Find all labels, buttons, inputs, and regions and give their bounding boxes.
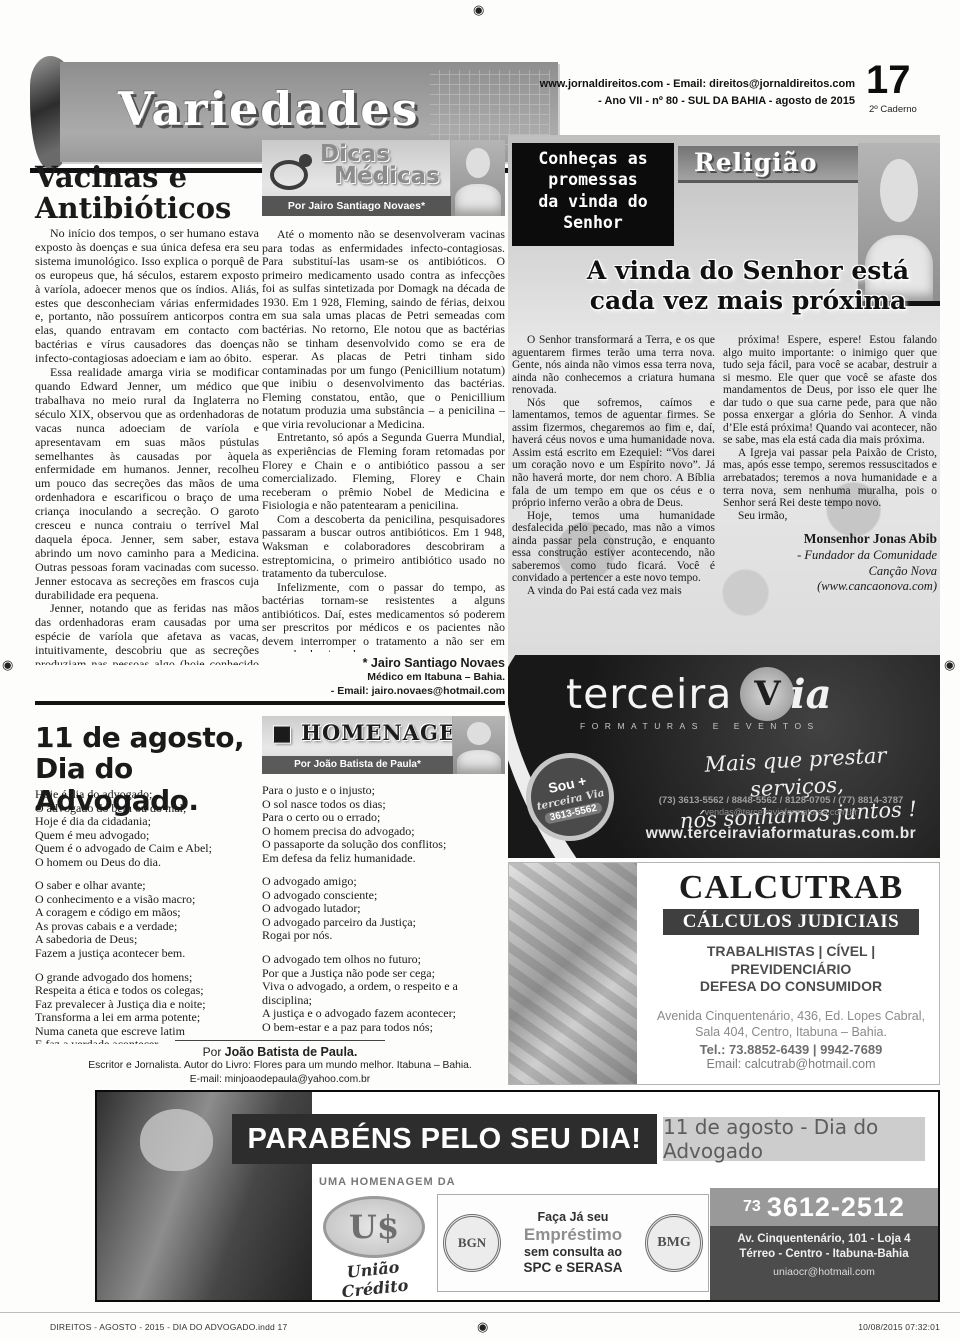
signature-role: - Fundador da Comunidade bbox=[723, 548, 937, 564]
caderno-label: 2º Caderno bbox=[869, 104, 917, 115]
uniao-credito-logo: U$ União Crédito bbox=[319, 1196, 429, 1298]
poem-line: O advogado parceiro da Justiça; bbox=[262, 916, 505, 930]
poem-line: O advogado consciente; bbox=[262, 889, 505, 903]
address-line: Av. Cinquentenário, 101 - Loja 4 bbox=[710, 1232, 938, 1247]
calcutrab-services: DEFESA DO CONSUMIDOR bbox=[647, 978, 935, 996]
ad-email[interactable]: vendas@terceiraviaformaturas.com.br bbox=[628, 807, 934, 817]
calcutrab-ad[interactable]: CALCUTRAB CÁLCULOS JUDICIAIS TRABALHISTA… bbox=[508, 862, 940, 1085]
signature-site[interactable]: (www.cancaonova.com) bbox=[723, 579, 937, 595]
promo-line: promessas bbox=[512, 169, 674, 190]
prepress-filename: DIREITOS - AGOSTO - 2015 - DIA DO ADVOGA… bbox=[50, 1322, 287, 1332]
poem-line: Em defesa da feliz humanidade. bbox=[262, 852, 505, 866]
brand-tagline: FORMATURAS E EVENTOS bbox=[580, 721, 820, 731]
dicas-byline: Por Jairo Santiago Novaes* bbox=[262, 196, 451, 216]
paragraph: Nós que sofremos, caímos e lamentamos, t… bbox=[512, 397, 715, 510]
poem-line: Faz prevalecer à Justiça dia e noite; bbox=[35, 998, 267, 1012]
poem-line: Quem é o advogado de Caim e Abel; bbox=[35, 842, 267, 856]
logo-line: Médicas bbox=[334, 166, 440, 188]
title-line: Vacinas e bbox=[35, 162, 263, 193]
homenagem-byline: Por João Batista de Paula* bbox=[262, 756, 453, 774]
article-body-dicas: Até o momento não se desenvolveram vacin… bbox=[262, 228, 505, 652]
stanza: Hoje é dia do advogado;O advogado do bem… bbox=[35, 788, 267, 869]
uniao-credito-symbol: U$ bbox=[323, 1196, 425, 1258]
paragraph: Jenner, notando que as feridas nas mãos … bbox=[35, 602, 259, 665]
v-circle-logo: V bbox=[740, 667, 794, 721]
registration-mark-bottom: ◉ bbox=[477, 1320, 488, 1333]
paragraph: O Senhor transformará a Terra, e os que … bbox=[512, 334, 715, 397]
poem-line: Para o certo ou o errado; bbox=[262, 811, 505, 825]
brand-text: ia bbox=[790, 671, 831, 718]
poem-advogado: Hoje é dia do advogado;O advogado do bem… bbox=[35, 788, 267, 1044]
poem-homenagem: Para o justo e o injusto;O sol nasce tod… bbox=[262, 784, 505, 1036]
poem-line: Hoje é dia do advogado; bbox=[35, 788, 267, 802]
poem-line: Numa caneta que escreve latim bbox=[35, 1025, 267, 1039]
poem-line: O homem precisa do advogado; bbox=[262, 825, 505, 839]
poem-line: O grande advogado dos homens; bbox=[35, 971, 267, 985]
poem-line: Quem é meu advogado; bbox=[35, 829, 267, 843]
poem-line: Respeita a ética e todos os colegas; bbox=[35, 984, 267, 998]
address-line: Térreo - Centro - Itabuna-Bahia bbox=[710, 1247, 938, 1262]
calculator-photo bbox=[509, 863, 637, 1084]
parabens-date: 11 de agosto - Dia do Advogado bbox=[663, 1117, 925, 1161]
title-line: 11 de agosto, bbox=[35, 722, 270, 753]
uniao-email[interactable]: uniaocr@hotmail.com bbox=[710, 1266, 938, 1278]
brand-text: terceira bbox=[566, 670, 732, 718]
stanza: O advogado amigo;O advogado consciente;O… bbox=[262, 875, 505, 943]
dicas-medicas-header: Dicas Médicas Por Jairo Santiago Novaes* bbox=[262, 140, 505, 216]
article-title-vacinas: Vacinas e Antibióticos bbox=[35, 162, 263, 223]
poem-line: O advogado do bem ou do mal; bbox=[35, 802, 267, 816]
author-footer-joao: Por João Batista de Paula. Escritor e Jo… bbox=[85, 1040, 475, 1087]
section-title: Variedades bbox=[60, 62, 558, 136]
section-divider bbox=[35, 701, 505, 705]
title-line: Antibióticos bbox=[35, 193, 263, 224]
article-body-vacinas: No início dos tempos, o ser humano estav… bbox=[35, 227, 259, 665]
calcutrab-phone: Tel.: 73.8852-6439 | 9942-7689 bbox=[647, 1042, 935, 1057]
poem-line: O homem ou Deus do dia. bbox=[35, 856, 267, 870]
calcutrab-subtitle: CÁLCULOS JUDICIAIS bbox=[663, 909, 919, 935]
poem-line: O advogado lutador; bbox=[262, 902, 505, 916]
signature-org: Canção Nova bbox=[723, 564, 937, 580]
uniao-credito-name: União Crédito bbox=[317, 1254, 430, 1302]
poem-line: Transforma a lei em arma potente; bbox=[35, 1011, 267, 1025]
signature-monsenhor: Monsenhor Jonas Abib - Fundador da Comun… bbox=[723, 531, 937, 595]
prepress-timestamp: 10/08/2015 07:32:01 bbox=[858, 1322, 940, 1332]
paragraph: Com a descoberta da penicilina, pesquisa… bbox=[262, 513, 505, 581]
paragraph: Infelizmente, com o passar do tempo, as … bbox=[262, 581, 505, 652]
promo-line: Conheças as bbox=[512, 148, 674, 169]
parabens-headline: PARABÉNS PELO SEU DIA! bbox=[232, 1114, 657, 1164]
signature-role: Médico em Itabuna – Bahia. bbox=[262, 671, 505, 685]
paragraph: Até o momento não se desenvolveram vacin… bbox=[262, 228, 505, 431]
poem-line: Para o justo e o injusto; bbox=[262, 784, 505, 798]
poem-line: Viva o advogado, a ordem, o respeito e a… bbox=[262, 980, 505, 1007]
poem-line: Fazem a justiça acontecer bem. bbox=[35, 947, 267, 961]
poem-line: Rogai por nós. bbox=[262, 929, 505, 943]
footer-author-email[interactable]: E-mail: minjoaodepaula@yahoo.com.br bbox=[85, 1073, 475, 1087]
poem-line: O bem-estar e a paz para todos nós; bbox=[262, 1021, 505, 1035]
religion-headline: A vinda do Senhor está cada vez mais pró… bbox=[556, 256, 940, 315]
author-photo-jairo bbox=[450, 140, 505, 216]
religion-column-1: O Senhor transformará a Terra, e os que … bbox=[512, 334, 715, 652]
calcutrab-title: CALCUTRAB bbox=[647, 869, 935, 907]
religion-col2-text: próxima! Espere, espere! Estou falando a… bbox=[723, 334, 937, 522]
bgn-seal: BGN bbox=[443, 1214, 501, 1272]
poem-line: O saber e olhar avante; bbox=[35, 879, 267, 893]
loan-offer-box: BGN Faça Já seu Empréstimo sem consulta … bbox=[437, 1194, 709, 1292]
poem-line: Viva o nosso advogado. bbox=[262, 1034, 505, 1036]
religion-section-banner: Religião bbox=[678, 146, 858, 183]
calcutrab-content: CALCUTRAB CÁLCULOS JUDICIAIS TRABALHISTA… bbox=[647, 869, 935, 1071]
headline-line: A vinda do Senhor está bbox=[556, 256, 940, 286]
poem-line: O advogado tem olhos no futuro; bbox=[262, 953, 505, 967]
signature-jairo: * Jairo Santiago Novaes Médico em Itabun… bbox=[262, 655, 505, 699]
newspaper-page: ◉ ◉ ◉ Variedades www.jornaldireitos.com … bbox=[0, 0, 960, 1341]
tribute-label: UMA HOMENAGEM DA bbox=[319, 1176, 456, 1188]
poem-line: O conhecimento e a visão macro; bbox=[35, 893, 267, 907]
headline-line: cada vez mais próxima bbox=[556, 286, 940, 316]
paragraph: A Igreja vai passar pela Paixão de Crist… bbox=[723, 447, 937, 510]
stanza: O saber e olhar avante;O conhecimento e … bbox=[35, 879, 267, 960]
promo-line: da vinda do bbox=[512, 191, 674, 212]
registration-mark-right: ◉ bbox=[944, 658, 955, 671]
calcutrab-services: TRABALHISTAS | CÍVEL | PREVIDENCIÁRIO bbox=[647, 943, 935, 978]
ad-website[interactable]: www.terceiraviaformaturas.com.br bbox=[628, 825, 934, 843]
paragraph: Seu irmão, bbox=[723, 510, 937, 523]
poem-line: O passaporte da solução dos conflitos; bbox=[262, 838, 505, 852]
promo-line: Senhor bbox=[512, 212, 674, 233]
address-line: Sala 404, Centro, Itabuna – Bahia. bbox=[647, 1024, 935, 1040]
registration-mark-left: ◉ bbox=[2, 658, 13, 671]
loan-line: sem consulta ao bbox=[508, 1245, 638, 1260]
stanza: O advogado tem olhos no futuro;Por que a… bbox=[262, 953, 505, 1036]
poem-line: As provas cabais e a verdade; bbox=[35, 920, 267, 934]
scan-edge-rule bbox=[0, 1312, 960, 1313]
poem-line: Por que a Justiça não pode ser cega; bbox=[262, 967, 505, 981]
phone-number: 3612-2512 bbox=[767, 1192, 905, 1223]
terceira-via-logo: terceira V ia bbox=[566, 667, 832, 721]
religion-promo-box: Conheças aspromessasda vinda doSenhor bbox=[512, 143, 674, 246]
uniao-contact-panel: 73 3612-2512 Av. Cinquentenário, 101 - L… bbox=[710, 1188, 938, 1300]
footer-por: Por bbox=[203, 1045, 225, 1059]
footer-author-name: João Batista de Paula. bbox=[225, 1045, 358, 1059]
loan-line: Empréstimo bbox=[508, 1225, 638, 1245]
loan-line: SPC e SERASA bbox=[508, 1260, 638, 1276]
loan-offer-text: Faça Já seu Empréstimo sem consulta ao S… bbox=[508, 1210, 638, 1277]
paragraph: Essa realidade amarga viria se modificar… bbox=[35, 366, 259, 602]
ad-phones: (73) 3613-5562 / 8848-5562 / 8128-0705 /… bbox=[628, 795, 934, 806]
calcutrab-email[interactable]: Email: calcutrab@hotmail.com bbox=[647, 1057, 935, 1071]
dicas-medicas-logo: Dicas Médicas bbox=[320, 144, 440, 188]
square-bullet-icon: ■ bbox=[272, 720, 293, 745]
parabens-ad[interactable]: PARABÉNS PELO SEU DIA! 11 de agosto - Di… bbox=[95, 1090, 940, 1302]
poem-line: A justiça e o advogado fazem acontecer; bbox=[262, 1007, 505, 1021]
page-number: 17 bbox=[866, 58, 930, 103]
signature-email[interactable]: - Email: jairo.novaes@hotmail.com bbox=[262, 685, 505, 699]
poem-line: O sol nasce todos os dias; bbox=[262, 798, 505, 812]
stethoscope-icon bbox=[268, 154, 312, 188]
uniao-phone: 73 3612-2512 bbox=[710, 1188, 938, 1226]
address-line: Avenida Cinquentenário, 436, Ed. Lopes C… bbox=[647, 1008, 935, 1024]
uniao-address: Av. Cinquentenário, 101 - Loja 4 Térreo … bbox=[710, 1232, 938, 1262]
signature-name: Monsenhor Jonas Abib bbox=[723, 531, 937, 548]
paragraph: A vinda do Pai está cada vez mais bbox=[512, 585, 715, 598]
footer-byline: Por João Batista de Paula. bbox=[85, 1045, 475, 1059]
stanza: O grande advogado dos homens;Respeita a … bbox=[35, 971, 267, 1044]
homenagem-header: ■ HOMENAGEM Por João Batista de Paula* bbox=[262, 716, 505, 774]
paragraph: próxima! Espere, espere! Estou falando a… bbox=[723, 334, 937, 447]
poem-line: O advogado amigo; bbox=[262, 875, 505, 889]
poem-line: A coragem e código em mãos; bbox=[35, 906, 267, 920]
bmg-seal: BMG bbox=[645, 1214, 703, 1272]
registration-mark-top: ◉ bbox=[473, 3, 484, 16]
homenagem-title: ■ HOMENAGEM bbox=[272, 720, 480, 745]
footer-author-bio: Escritor e Jornalista. Autor do Livro: F… bbox=[85, 1059, 475, 1073]
phone-ddd: 73 bbox=[743, 1198, 761, 1216]
terceira-via-ad[interactable]: terceira V ia FORMATURAS E EVENTOS Mais … bbox=[508, 655, 940, 858]
poem-line: Hoje é dia da cidadania; bbox=[35, 815, 267, 829]
religion-column-2: próxima! Espere, espere! Estou falando a… bbox=[723, 334, 937, 652]
poem-line: A sabedoria de Deus; bbox=[35, 933, 267, 947]
ad-slogan: Mais que prestar serviços, nós sonhamos … bbox=[654, 740, 940, 837]
paragraph: Entretanto, só após a Segunda Guerra Mun… bbox=[262, 431, 505, 512]
paragraph: No início dos tempos, o ser humano estav… bbox=[35, 227, 259, 366]
calcutrab-address: Avenida Cinquentenário, 436, Ed. Lopes C… bbox=[647, 1008, 935, 1041]
loan-line: Faça Já seu bbox=[508, 1210, 638, 1225]
author-photo-joao bbox=[452, 716, 505, 774]
stanza: Para o justo e o injusto;O sol nasce tod… bbox=[262, 784, 505, 865]
signature-name: * Jairo Santiago Novaes bbox=[262, 655, 505, 671]
paragraph: Hoje, temos uma humanidade desfalecida p… bbox=[512, 510, 715, 585]
